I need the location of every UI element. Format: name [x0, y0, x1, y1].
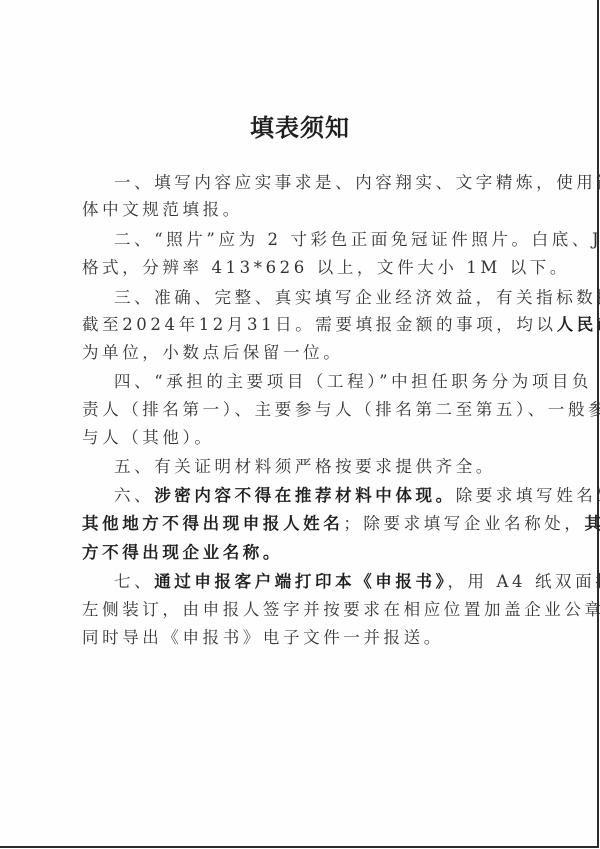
- instruction-2-line-1: 二、“照片”应为 2 寸彩色正面免冠证件照片。白底、JPG: [114, 226, 522, 254]
- instruction-2-line-2: 格式，分辨率 413*626 以上，文件大小 1M 以下。: [82, 254, 522, 282]
- text: 一、填写内容应实事求是、内容翔实、文字精炼，使用简: [114, 173, 600, 192]
- instruction-3-line-3: 为单位，小数点后保留一位。: [82, 339, 522, 367]
- text: 截至2024年12月31日。需要填报金额的事项，均以: [82, 315, 557, 334]
- instruction-6-line-3: 方不得出现企业名称。: [82, 539, 522, 567]
- instruction-5-line-1: 五、有关证明材料须严格按要求提供齐全。: [114, 453, 522, 481]
- instruction-4-line-2: 责人（排名第一）、主要参与人（排名第二至第五）、一般参: [82, 396, 522, 424]
- text: 除要求填写姓名处，: [456, 486, 600, 505]
- bold-text: 通过申报客户端打印本《申报书》: [154, 572, 447, 591]
- text: ，用 A4 纸双面打印、: [447, 572, 600, 591]
- instruction-1-line-1: 一、填写内容应实事求是、内容翔实、文字精炼，使用简: [114, 169, 522, 197]
- instruction-3-line-2: 截至2024年12月31日。需要填报金额的事项，均以人民币“万元”: [82, 311, 522, 339]
- instruction-7-line-3: 同时导出《申报书》电子文件一并报送。: [82, 624, 522, 652]
- instruction-6-line-1: 六、涉密内容不得在推荐材料中体现。除要求填写姓名处，: [114, 482, 522, 510]
- instruction-4-line-3: 与人（其他）。: [82, 424, 522, 452]
- text: 左侧装订，由申报人签字并按要求在相应位置加盖企业公章，: [82, 600, 600, 619]
- bold-text: 其他地: [585, 514, 600, 533]
- text: 二、“照片”应为 2 寸彩色正面免冠证件照片。白底、JPG: [114, 230, 600, 249]
- instruction-4-line-1: 四、“承担的主要项目（工程）”中担任职务分为项目负: [114, 368, 522, 396]
- bold-text: 方不得出现企业名称。: [82, 543, 283, 562]
- text: 与人（其他）。: [82, 428, 214, 447]
- text: 同时导出《申报书》电子文件一并报送。: [82, 628, 444, 647]
- instruction-7-line-1: 七、通过申报客户端打印本《申报书》，用 A4 纸双面打印、: [114, 568, 522, 596]
- instruction-3-line-1: 三、准确、完整、真实填写企业经济效益，有关指标数据: [114, 284, 522, 312]
- text: ；除要求填写企业名称处，: [343, 514, 584, 533]
- text: 七、: [114, 572, 154, 591]
- bold-text: 人民币“万元”: [557, 315, 600, 334]
- instruction-7-line-2: 左侧装订，由申报人签字并按要求在相应位置加盖企业公章，: [82, 596, 522, 624]
- text: 为单位，小数点后保留一位。: [82, 343, 343, 362]
- document-page: 填表须知 一、填写内容应实事求是、内容翔实、文字精炼，使用简体中文规范填报。二、…: [0, 0, 599, 848]
- text: 责人（排名第一）、主要参与人（排名第二至第五）、一般参: [82, 400, 600, 419]
- document-title: 填表须知: [0, 108, 600, 143]
- text: 格式，分辨率 413*626 以上，文件大小 1M 以下。: [82, 258, 570, 277]
- bold-text: 其他地方不得出现申报人姓名: [82, 514, 343, 533]
- text: 体中文规范填报。: [82, 200, 243, 219]
- text: 五、有关证明材料须严格按要求提供齐全。: [114, 457, 496, 476]
- text: 三、准确、完整、真实填写企业经济效益，有关指标数据: [114, 288, 600, 307]
- text: 四、“承担的主要项目（工程）”中担任职务分为项目负: [114, 372, 592, 391]
- bold-text: 涉密内容不得在推荐材料中体现。: [154, 486, 456, 505]
- instruction-1-line-2: 体中文规范填报。: [82, 196, 522, 224]
- instruction-6-line-2: 其他地方不得出现申报人姓名；除要求填写企业名称处，其他地: [82, 510, 522, 538]
- text: 六、: [114, 486, 154, 505]
